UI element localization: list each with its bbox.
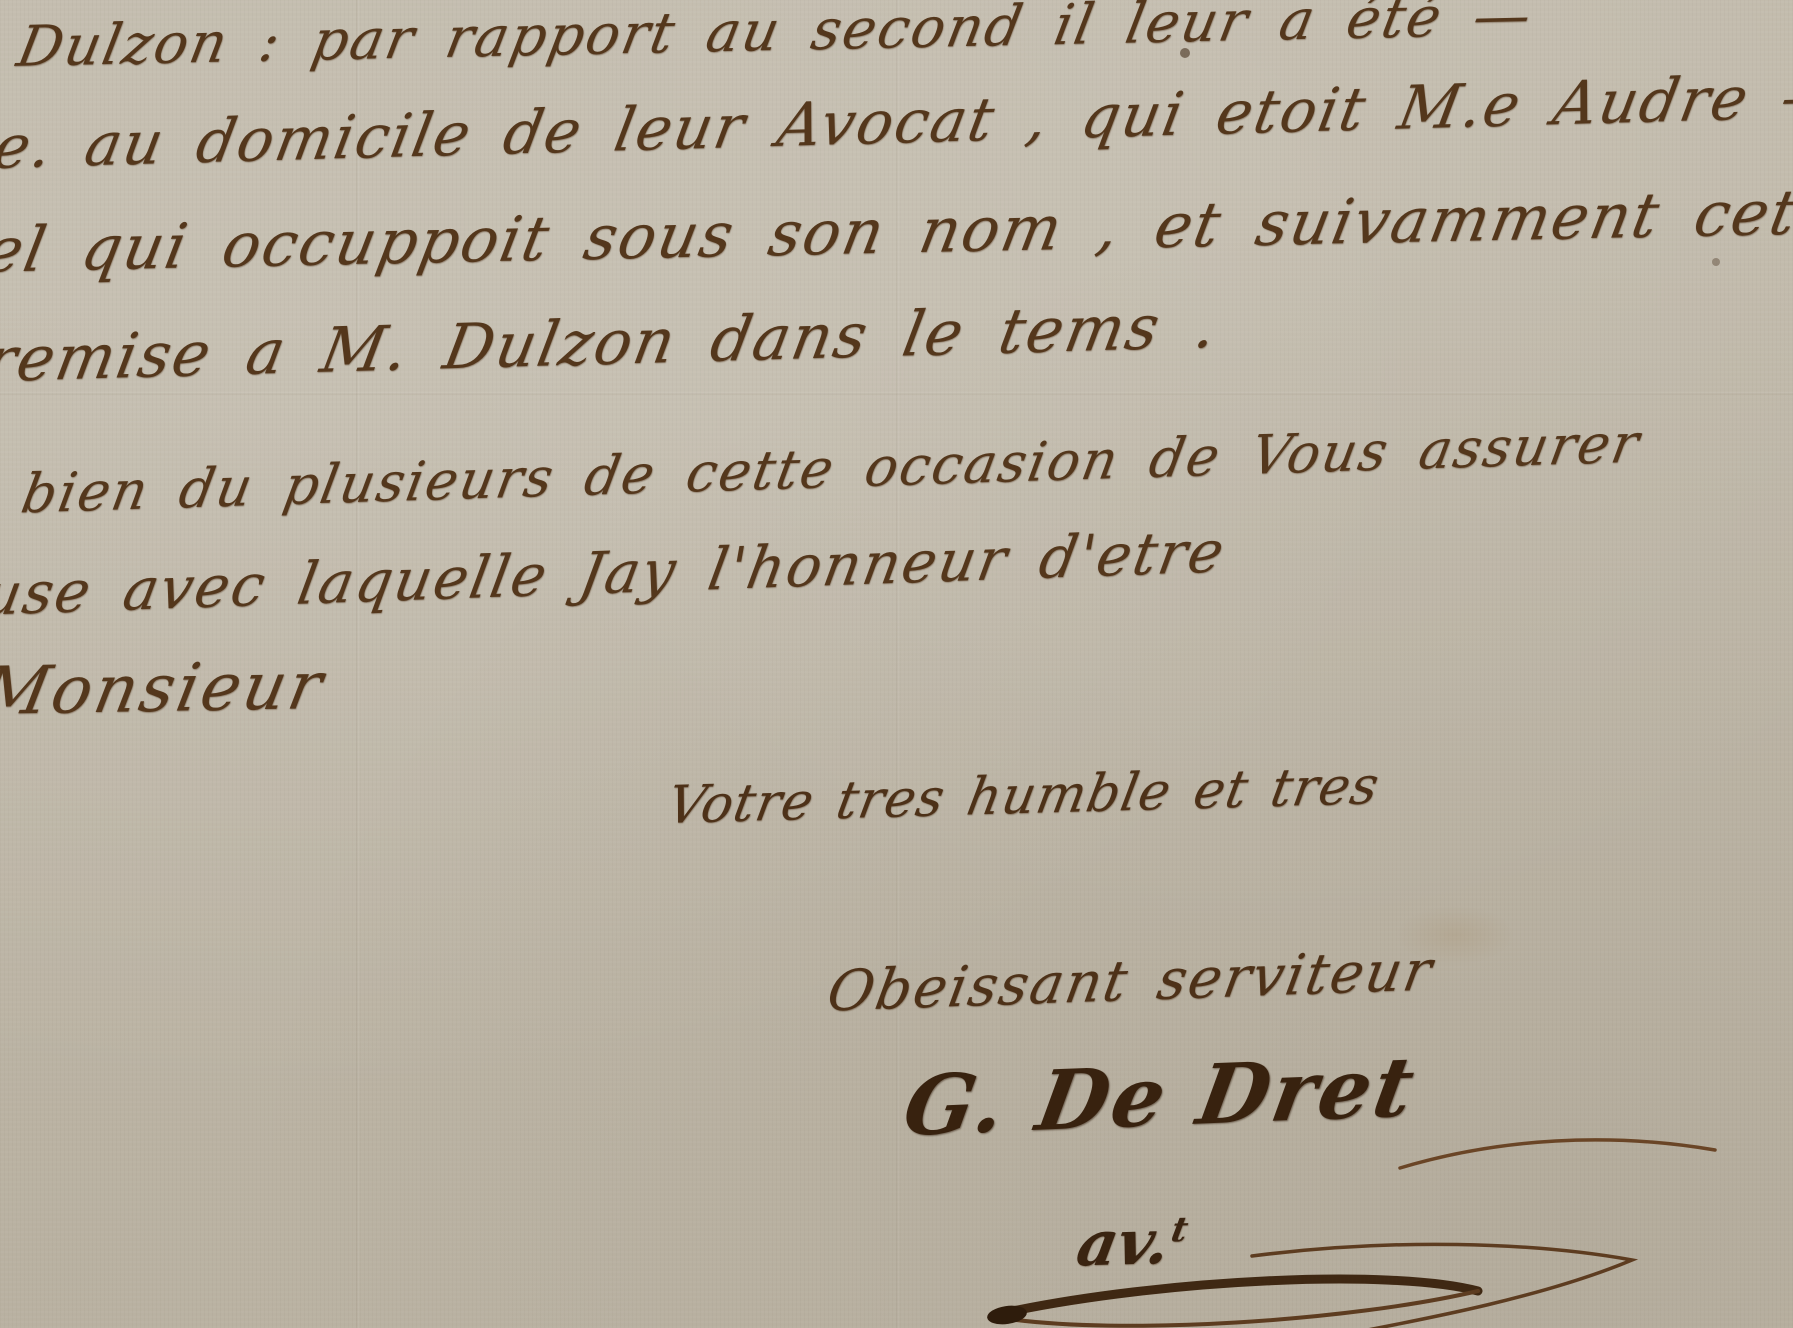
manuscript-line-3: el qui occuppoit sous son nom , et suiva… <box>0 180 1793 281</box>
paper-crease-horizontal <box>0 392 1793 395</box>
manuscript-line-5: bien du plusieurs de cette occasion de V… <box>22 417 1641 522</box>
manuscript-line-6: use avec laquelle Jay l'honneur d'etre <box>0 522 1226 623</box>
manuscript-line-1: Dulzon : par rapport au second il leur a… <box>18 0 1533 76</box>
closing-line-1-text: Votre tres humble et tres <box>663 760 1383 832</box>
signature-tail-flourish <box>1252 1244 1632 1328</box>
manuscript-line-1-text: Dulzon : par rapport au second il leur a… <box>13 0 1537 76</box>
salutation-monsieur: Monsieur <box>0 653 324 725</box>
salutation-text: Monsieur <box>0 653 330 725</box>
closing-line-2-text: Obeissant serviteur <box>823 943 1437 1020</box>
manuscript-line-3-text: el qui occuppoit sous son nom , et suiva… <box>0 180 1793 282</box>
signature-title-base: av. <box>1071 1205 1176 1281</box>
closing-line-2: Obeissant serviteur <box>827 943 1433 1020</box>
manuscript-line-6-text: use avec laquelle Jay l'honneur d'etre <box>0 522 1230 624</box>
letter-page: Dulzon : par rapport au second il leur a… <box>0 0 1793 1328</box>
ink-dot <box>1712 258 1720 266</box>
closing-line-1: Votre tres humble et tres <box>667 760 1379 832</box>
signature-name: G. De Dret <box>904 1046 1417 1148</box>
signature-title: av.t <box>1077 1211 1186 1276</box>
paper-crease-vertical <box>356 0 359 1328</box>
manuscript-line-4-text: remise a M. Dulzon dans le tems . <box>0 295 1223 392</box>
signature-name-text: G. De Dret <box>898 1046 1422 1148</box>
paraph-bottom-stroke <box>1002 1291 1478 1326</box>
paraph-ink-blob <box>986 1303 1028 1326</box>
signature-underline-flourish <box>1400 1140 1715 1168</box>
manuscript-line-5-text: bien du plusieurs de cette occasion de V… <box>18 416 1645 521</box>
paraph-top-stroke <box>1008 1279 1478 1312</box>
manuscript-line-4: remise a M. Dulzon dans le tems . <box>0 295 1218 391</box>
